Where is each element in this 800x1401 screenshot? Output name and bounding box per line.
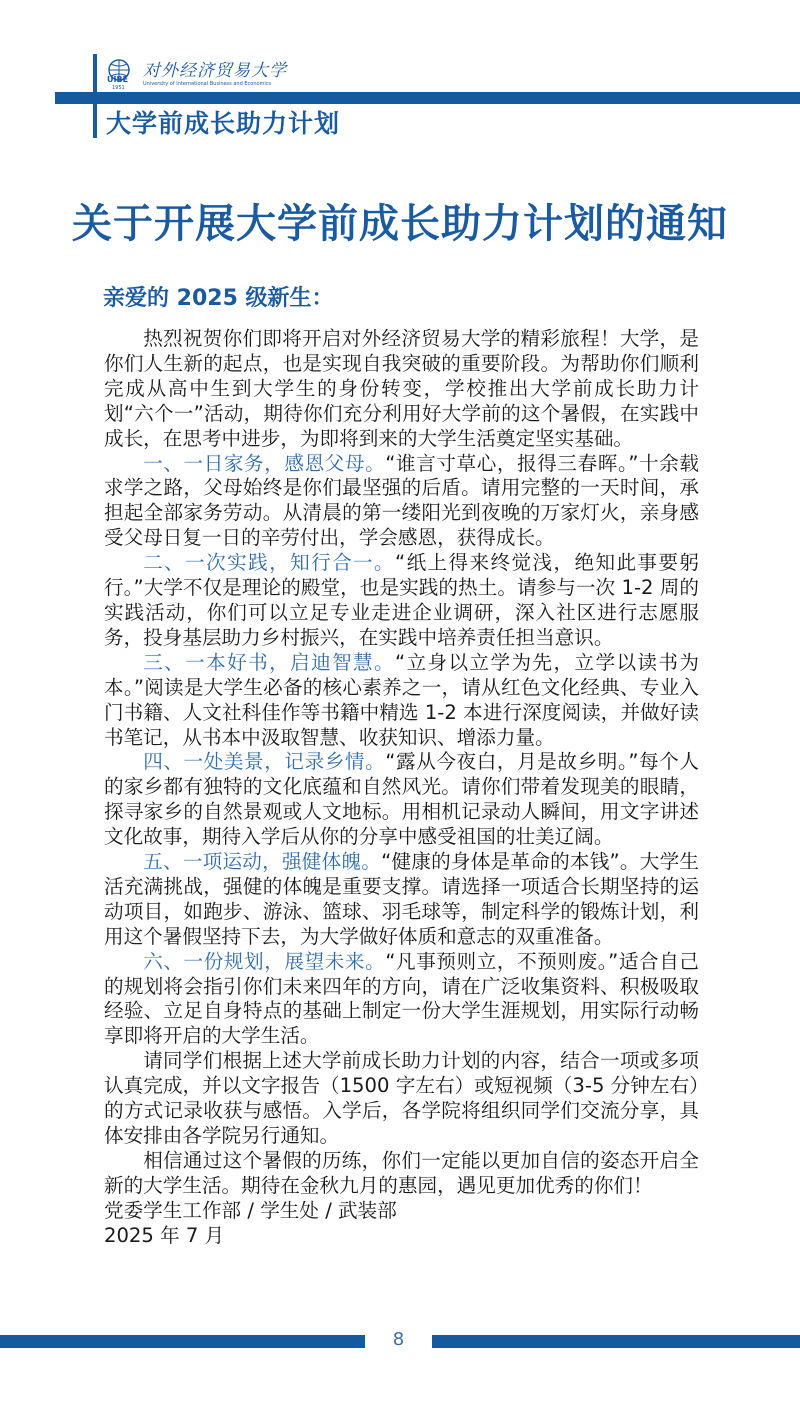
date: 2025 年 7 月 — [104, 1224, 699, 1249]
item-heading: 二、一次实践，知行合一。 — [143, 551, 395, 574]
footer-bar-left — [0, 1335, 365, 1348]
svg-text:1951: 1951 — [112, 85, 125, 90]
item-paragraph-3: 三、一本好书，启迪智慧。“立身以立学为先，立学以读书为本。”阅读是大学生必备的核… — [104, 651, 699, 751]
section-title: 大学前成长助力计划 — [106, 110, 340, 138]
closing-paragraph: 相信通过这个暑假的历练，你们一定能以更加自信的姿态开启全新的大学生活。期待在金秋… — [104, 1149, 699, 1199]
item-paragraph-4: 四、一处美景，记录乡情。“露从今夜白，月是故乡明。”每个人的家乡都有独特的文化底… — [104, 750, 699, 850]
item-paragraph-1: 一、一日家务，感恩父母。“谁言寸草心，报得三春晖。”十余载求学之路，父母始终是你… — [104, 452, 699, 552]
footer-bar-right — [432, 1335, 800, 1348]
university-name-en: University of International Business and… — [143, 81, 287, 88]
header-blue-band — [55, 92, 800, 104]
item-paragraph-2: 二、一次实践，知行合一。“纸上得来终觉浅，绝知此事要躬行。”大学不仅是理论的殿堂… — [104, 551, 699, 651]
university-name-cn: 对外经济贸易大学 — [143, 61, 287, 81]
item-heading: 六、一份规划，展望未来。 — [143, 950, 385, 973]
item-heading: 五、一项运动，强健体魄。 — [143, 850, 381, 873]
uibe-emblem-icon: UIBE 1951 — [103, 58, 137, 90]
document-title: 关于开展大学前成长助力计划的通知 — [0, 200, 800, 248]
instructions-paragraph: 请同学们根据上述大学前成长助力计划的内容，结合一项或多项认真完成，并以文字报告（… — [104, 1049, 699, 1149]
item-paragraph-5: 五、一项运动，强健体魄。“健康的身体是革命的本钱”。大学生活充满挑战，强健的体魄… — [104, 850, 699, 950]
svg-text:UIBE: UIBE — [107, 75, 128, 84]
salutation: 亲爱的 2025 级新生： — [103, 284, 334, 314]
item-heading: 四、一处美景，记录乡情。 — [143, 750, 385, 773]
item-heading: 一、一日家务，感恩父母。 — [143, 452, 385, 475]
university-logo: UIBE 1951 对外经济贸易大学 University of Interna… — [103, 56, 287, 92]
signature: 党委学生工作部 / 学生处 / 武装部 — [104, 1199, 699, 1224]
intro-paragraph: 热烈祝贺你们即将开启对外经济贸易大学的精彩旅程！大学，是你们人生新的起点，也是实… — [104, 327, 699, 452]
item-heading: 三、一本好书，启迪智慧。 — [143, 651, 395, 674]
document-body: 热烈祝贺你们即将开启对外经济贸易大学的精彩旅程！大学，是你们人生新的起点，也是实… — [104, 327, 699, 1249]
page-number: 8 — [365, 1328, 432, 1352]
item-paragraph-6: 六、一份规划，展望未来。“凡事预则立，不预则废。”适合自己的规划将会指引你们未来… — [104, 950, 699, 1050]
